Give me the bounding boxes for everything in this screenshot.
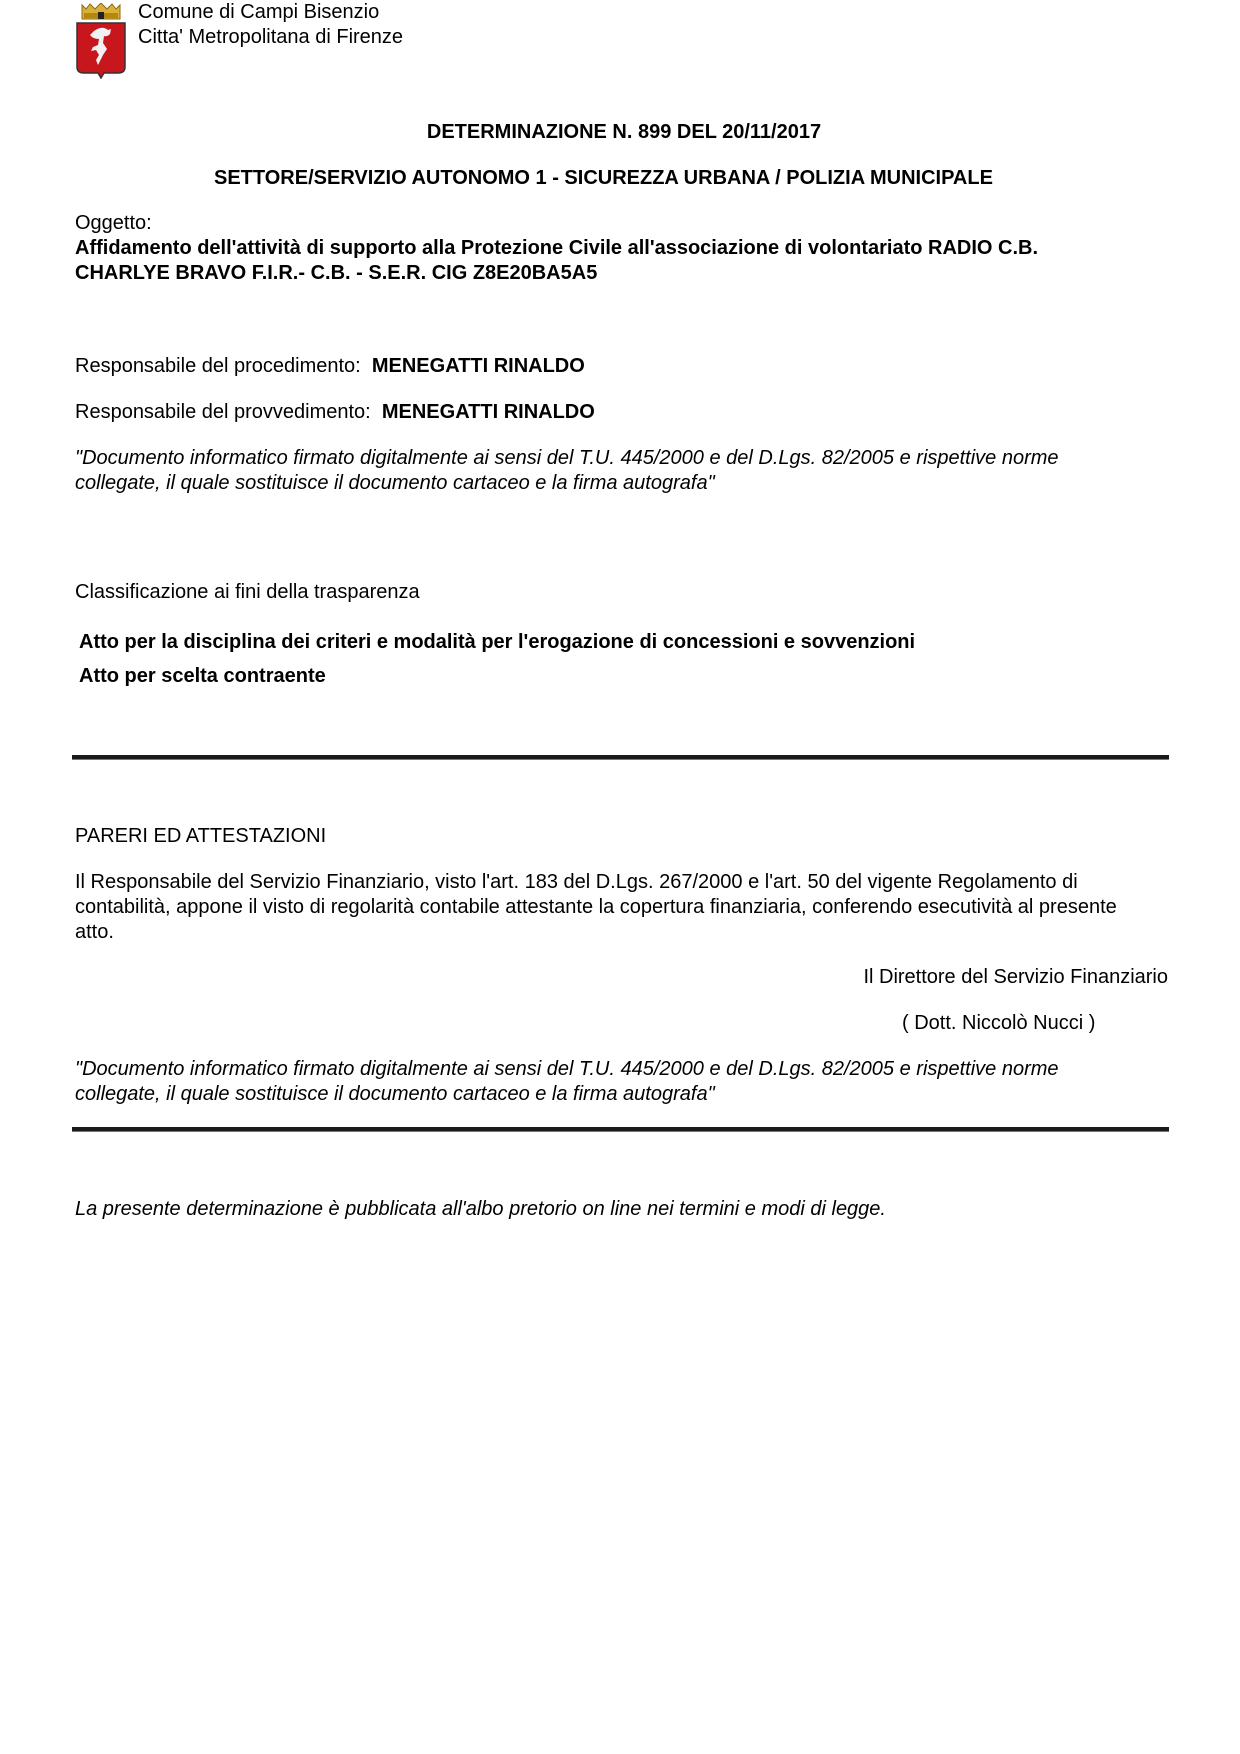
opinions-paragraph-line-2: contabilità, appone il visto di regolari… [75, 895, 1117, 919]
opinions-paragraph-line-1: Il Responsabile del Servizio Finanziario… [75, 870, 1078, 894]
classification-item: Atto per scelta contraente [79, 664, 326, 688]
department-title: SETTORE/SERVIZIO AUTONOMO 1 - SICUREZZA … [214, 166, 993, 190]
procedure-responsible: Responsabile del procedimento: MENEGATTI… [75, 354, 585, 378]
section-divider [72, 1127, 1169, 1132]
subject-line-2: CHARLYE BRAVO F.I.R.- C.B. - S.E.R. CIG … [75, 261, 597, 285]
document-title: DETERMINAZIONE N. 899 DEL 20/11/2017 [0, 120, 1240, 144]
opinions-paragraph-line-3: atto. [75, 920, 114, 944]
signature-note-line-2: collegate, il quale sostituisce il docum… [75, 1082, 715, 1106]
measure-responsible-name: MENEGATTI RINALDO [382, 401, 595, 423]
procedure-responsible-label: Responsabile del procedimento: [75, 355, 361, 377]
signer-name: ( Dott. Niccolò Nucci ) [902, 1011, 1095, 1035]
opinions-heading: PARERI ED ATTESTAZIONI [75, 824, 326, 848]
procedure-responsible-name: MENEGATTI RINALDO [372, 355, 585, 377]
measure-responsible-label: Responsabile del provvedimento: [75, 401, 371, 423]
classification-item: Atto per la disciplina dei criteri e mod… [79, 630, 915, 654]
measure-responsible: Responsabile del provvedimento: MENEGATT… [75, 400, 595, 424]
signature-note-line-1: "Documento informatico firmato digitalme… [75, 1057, 1059, 1081]
document-title-text: DETERMINAZIONE N. 899 DEL 20/11/2017 [427, 120, 821, 144]
municipality-name: Comune di Campi Bisenzio [138, 0, 379, 24]
signature-note-line-1: "Documento informatico firmato digitalme… [75, 446, 1059, 470]
signature-note-line-2: collegate, il quale sostituisce il docum… [75, 471, 715, 495]
classification-label: Classificazione ai fini della trasparenz… [75, 580, 420, 604]
metro-city-name: Citta' Metropolitana di Firenze [138, 25, 403, 49]
subject-label: Oggetto: [75, 211, 152, 235]
subject-line-1: Affidamento dell'attività di supporto al… [75, 236, 1038, 260]
municipal-coat-of-arms-icon [74, 3, 128, 79]
publication-note: La presente determinazione è pubblicata … [75, 1197, 886, 1221]
signer-title: Il Direttore del Servizio Finanziario [863, 965, 1168, 989]
section-divider [72, 755, 1169, 760]
